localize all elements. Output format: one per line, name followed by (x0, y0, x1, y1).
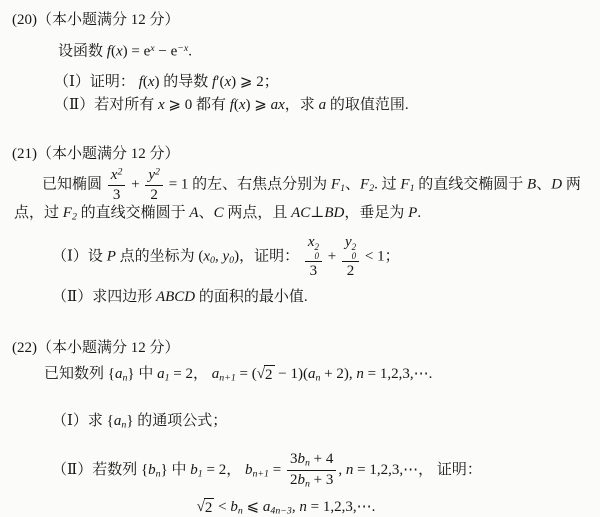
math-variable: x (116, 43, 123, 59)
fraction: x203 (305, 233, 322, 281)
math-text: （Ⅰ）求 { (52, 413, 114, 429)
exam-page: (20)（本小题满分 12 分） 设函数 f(x) = ex − e−x.（Ⅰ）… (0, 0, 600, 517)
math-text: < (214, 499, 230, 515)
math-variable: x (158, 97, 165, 113)
math-text: 3 (310, 263, 318, 279)
math-variable: x (148, 74, 155, 90)
square-root: √2 (257, 365, 275, 385)
math-text: } 的通项公式； (126, 413, 227, 429)
math-text: = 2， (170, 366, 212, 382)
math-text: ⩽ (243, 499, 263, 515)
math-variable: y (148, 167, 155, 183)
math-text: 两 (562, 177, 581, 193)
math-text: − e (155, 43, 178, 59)
math-variable: n (356, 366, 364, 382)
math-text: )，证明： (234, 249, 303, 265)
math-variable: F (400, 177, 409, 193)
p20-intro: 设函数 f(x) = ex − e−x. (58, 38, 590, 62)
math-variable: b (297, 472, 305, 488)
math-text: ，求 (285, 97, 319, 113)
math-variable: a (319, 97, 327, 113)
math-text: ) ⩾ 2； (231, 74, 279, 90)
math-text: 已知椭圆 (42, 177, 106, 193)
math-text: ) 的导数 (155, 74, 213, 90)
math-text: 点，过 (14, 205, 63, 221)
math-variable: AC (291, 205, 310, 221)
math-variable: b (190, 462, 198, 478)
math-text: 、 (199, 205, 214, 221)
denominator: 2bn + 3 (290, 471, 333, 491)
subscript: 4n−3 (270, 505, 291, 516)
fraction: y22 (145, 166, 163, 205)
math-text: ⊥ (310, 205, 324, 221)
math-variable: BD (324, 205, 344, 221)
numerator: y20 (342, 233, 359, 262)
math-variable: x (239, 97, 246, 113)
problem-22: (22)（本小题满分 12 分） 已知数列 {an} 中 a1 = 2， an+… (12, 338, 590, 517)
p22-intro: 已知数列 {an} 中 a1 = 2， an+1 = (√2 − 1)(an +… (44, 364, 590, 388)
radicand: 2 (264, 365, 275, 385)
problem-21-body: 已知椭圆 x23 + y22 = 1 的左、右焦点分别为 F1、F2. 过 F1… (12, 166, 590, 308)
math-text: （Ⅱ）若对所有 (54, 97, 158, 113)
numerator: y2 (145, 166, 163, 186)
math-text: ) = e (123, 43, 151, 59)
numerator: 3bn + 4 (287, 450, 336, 471)
math-text: = 1,2,3,⋯， 证明： (353, 462, 481, 478)
math-variable: C (214, 205, 224, 221)
math-text: （Ⅰ）设 (52, 249, 107, 265)
math-variable: F (360, 177, 369, 193)
superscript: 2 (117, 167, 122, 178)
math-text: , (338, 462, 346, 478)
math-variable: P (408, 205, 417, 221)
superscript: 2 (155, 167, 160, 178)
math-text: + 2), (320, 366, 356, 382)
math-text: . (188, 43, 192, 59)
math-text: 的取值范围. (326, 97, 409, 113)
denominator: 2 (347, 262, 355, 281)
math-variable: F (331, 177, 340, 193)
math-text: 两点，且 (224, 205, 292, 221)
math-variable: ABCD (156, 289, 195, 305)
math-text: − 1)( (275, 366, 308, 382)
math-text: 的直线交椭圆于 (77, 205, 190, 221)
p22-q2: （Ⅱ）若数列 {bn} 中 b1 = 2， bn+1 = 3bn + 42bn … (52, 450, 590, 491)
subscript: 0 (352, 252, 357, 261)
math-text: = ( (236, 366, 257, 382)
math-variable: a (157, 366, 165, 382)
math-text: ⩾ 0 都有 (165, 97, 230, 113)
problem-20: (20)（本小题满分 12 分） 设函数 f(x) = ex − e−x.（Ⅰ）… (12, 10, 590, 116)
math-text: （Ⅱ）求四边形 (52, 289, 156, 305)
denominator: 3 (310, 262, 318, 281)
math-text: （Ⅰ）证明： (54, 74, 139, 90)
math-text: 设函数 (58, 43, 107, 59)
math-text: < 1； (361, 249, 399, 265)
math-variable: P (107, 249, 116, 265)
p21-q2: （Ⅱ）求四边形 ABCD 的面积的最小值. (52, 287, 590, 308)
fraction: y202 (342, 233, 359, 281)
p22-final: √2 < bn ⩽ a4n−3, n = 1,2,3,⋯. (12, 497, 560, 517)
subscript: 0 (315, 252, 320, 261)
p21-q1: （Ⅰ）设 P 点的坐标为 (x0, y0)，证明： x203 + y202 < … (52, 233, 590, 281)
math-variable: b (230, 499, 238, 515)
math-text: ，垂足为 (344, 205, 408, 221)
problem-22-header: (22)（本小题满分 12 分） (12, 338, 590, 358)
math-variable: y (345, 234, 352, 250)
math-text: 的直线交椭圆于 (415, 177, 528, 193)
math-text: } 中 (127, 366, 157, 382)
problem-20-body: 设函数 f(x) = ex − e−x.（Ⅰ）证明： f(x) 的导数 f′(x… (12, 38, 590, 116)
math-variable: x (308, 234, 315, 250)
math-text: = 1 的左、右焦点分别为 (165, 177, 331, 193)
math-text: + 4 (310, 451, 333, 467)
problem-22-body: 已知数列 {an} 中 a1 = 2， an+1 = (√2 − 1)(an +… (12, 364, 590, 517)
math-text: + (324, 249, 340, 265)
math-text: （Ⅱ）若数列 { (52, 462, 148, 478)
math-variable: n (299, 499, 307, 515)
subscript: n+1 (252, 468, 269, 479)
math-variable: b (148, 462, 156, 478)
problem-21: (21)（本小题满分 12 分） 已知椭圆 x23 + y22 = 1 的左、右… (12, 144, 590, 308)
math-text: . 过 (374, 177, 400, 193)
numerator: x20 (305, 233, 322, 262)
math-text: . (417, 205, 421, 221)
p22-q1: （Ⅰ）求 {an} 的通项公式； (52, 411, 590, 435)
math-variable: A (189, 205, 198, 221)
subscript: n+1 (219, 373, 236, 384)
math-text: + 3 (310, 472, 333, 488)
math-variable: ax (271, 97, 285, 113)
math-text: 2 (150, 187, 158, 203)
math-text: + (127, 177, 143, 193)
math-text: 2 (347, 263, 355, 279)
p21-intro-2: 点，过 F2 的直线交椭圆于 A、C 两点，且 AC⊥BD，垂足为 P. (14, 203, 590, 227)
p20-q1: （Ⅰ）证明： f(x) 的导数 f′(x) ⩾ 2； (54, 72, 590, 93)
fraction: x23 (108, 166, 126, 205)
p20-q2: （Ⅱ）若对所有 x ⩾ 0 都有 f(x) ⩾ ax，求 a 的取值范围. (54, 95, 590, 116)
math-text: 已知数列 { (44, 366, 115, 382)
math-text: = 1,2,3,⋯. (364, 366, 432, 382)
math-variable: B (527, 177, 536, 193)
numerator: x2 (108, 166, 126, 186)
math-text: = (269, 462, 285, 478)
square-root: √2 (197, 498, 215, 517)
math-text: = 2， (203, 462, 245, 478)
problem-21-header: (21)（本小题满分 12 分） (12, 144, 590, 164)
math-text: 点的坐标为 ( (116, 249, 204, 265)
radicand: 2 (204, 498, 215, 517)
math-variable: D (551, 177, 562, 193)
math-text: 3 (113, 187, 121, 203)
math-variable: F (63, 205, 72, 221)
p21-intro-1: 已知椭圆 x23 + y22 = 1 的左、右焦点分别为 F1、F2. 过 F1… (42, 166, 590, 205)
math-text: ) ⩾ (246, 97, 271, 113)
sub-sup-stack: 20 (352, 243, 357, 262)
problem-20-header: (20)（本小题满分 12 分） (12, 10, 590, 30)
math-text: 、 (536, 177, 551, 193)
fraction: 3bn + 42bn + 3 (287, 450, 336, 491)
math-text: = 1,2,3,⋯. (307, 499, 375, 515)
sub-sup-stack: 20 (315, 243, 320, 262)
math-text: } 中 (161, 462, 191, 478)
math-text: 、 (345, 177, 360, 193)
math-text: 的面积的最小值. (195, 289, 308, 305)
math-variable: b (297, 451, 305, 467)
superscript: −x (177, 43, 188, 54)
